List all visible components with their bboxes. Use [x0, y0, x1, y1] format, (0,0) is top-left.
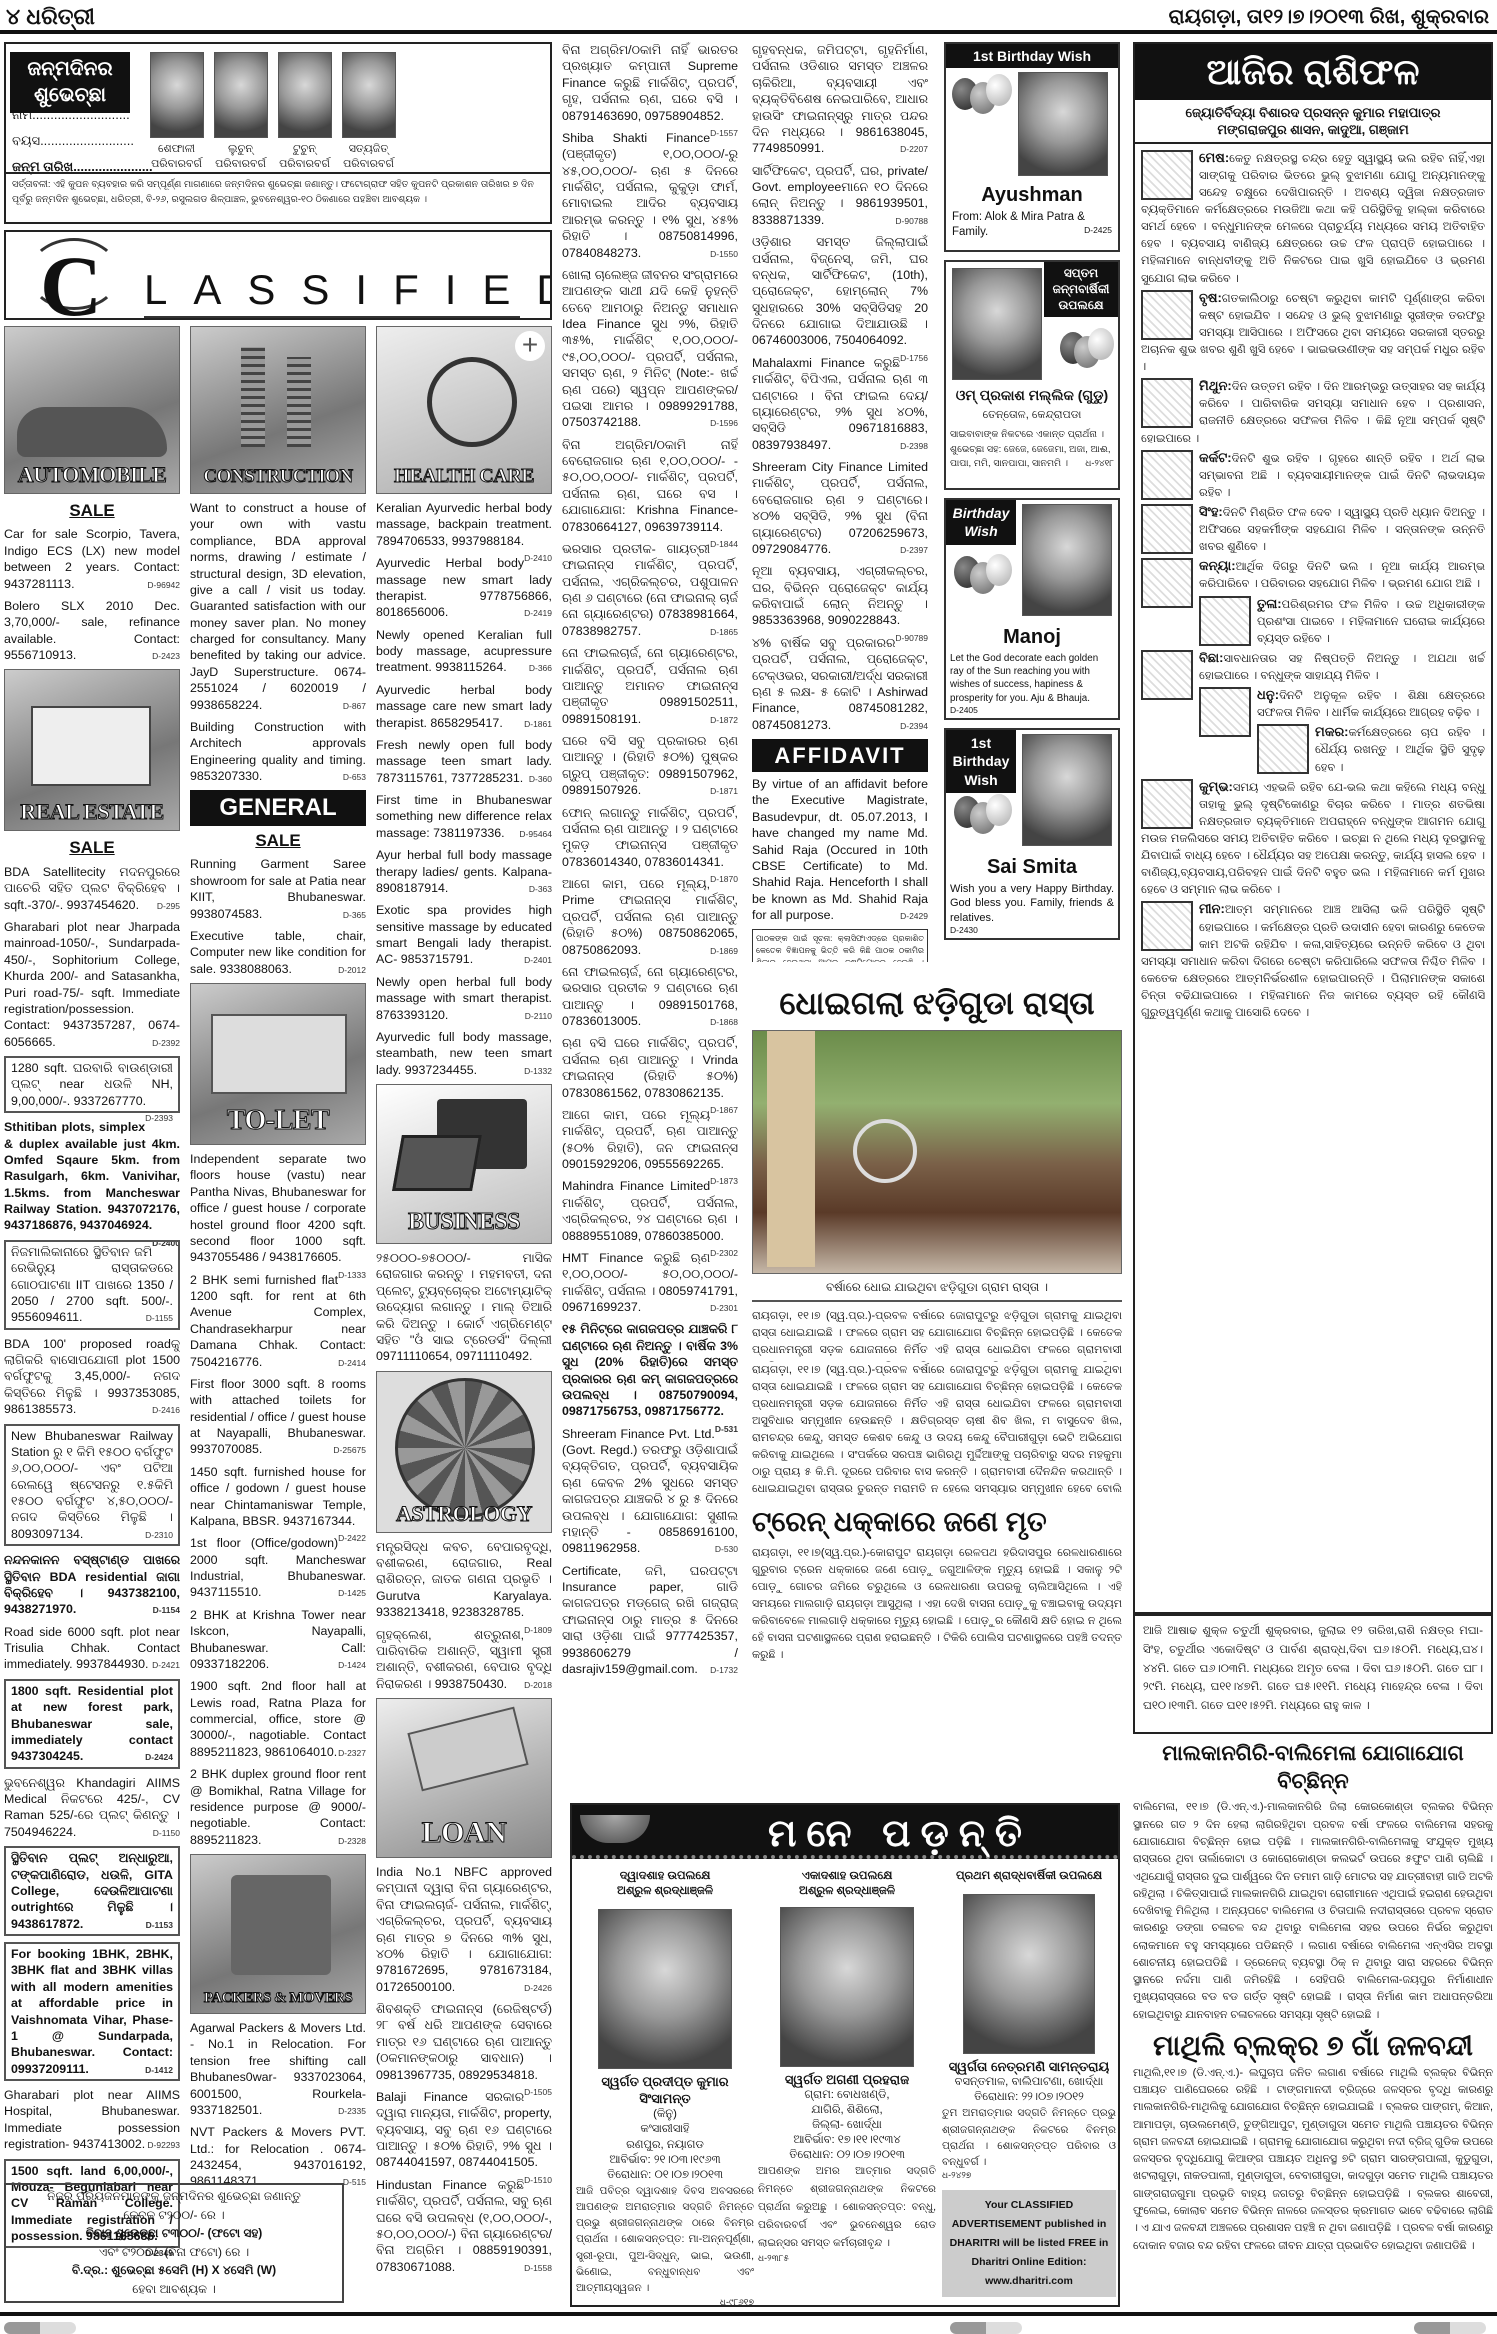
- sign-entry: ମେଷ:କେତୁ ନକ୍ଷତ୍ରସ୍ଥ ଚନ୍ଦ୍ର ହେତୁ ସ୍ୱାସ୍ଥ୍…: [1141, 148, 1485, 288]
- footer-tab-left: [4, 2322, 76, 2334]
- column-4: ବିନା ଅଗ୍ରିମ/ଠକାମି ନାହିଁ ଭାରତର ପ୍ରଖ୍ୟାତ କ…: [562, 42, 738, 1794]
- general-heading: GENERAL: [190, 790, 366, 826]
- aries-icon: [1141, 150, 1193, 200]
- deceased-photo: [598, 1909, 732, 2069]
- birthday-wish-card: 1st Birthday Wish Ayushman From: Alok & …: [944, 42, 1120, 252]
- ad-listing: Ayurvedic full body massage, steambath, …: [376, 1029, 552, 1078]
- child-photo: [952, 268, 1042, 380]
- ad-listing: Balaji Finance ସରକାର ଦ୍ୱାରା ମାନ୍ୟତା, ମାର…: [376, 2089, 552, 2171]
- ad-listing: Road side 6000 sqft. plot near Trisulia …: [4, 1624, 180, 1673]
- online-edition-promo: Your CLASSIFIED ADVERTISEMENT published …: [942, 2190, 1116, 2296]
- story-headline: ଟ୍ରେନ୍ ଧକ୍କାରେ ଜଣେ ମୃତ: [752, 1504, 1122, 1541]
- stethoscope-icon: [427, 357, 517, 447]
- ad-listing: ଖୋଲା ଚାଲେଞ୍ଜ ଜୀବନର ସଂଗ୍ରାମରେ ଆପଣଙ୍କ ସାଥୀ…: [562, 267, 738, 431]
- ad-listing: ବିନା ଅଗ୍ରିମ/ଠକାମି ନାହିଁ ବେରୋଜଗାର ଋଣ ୧,୦୦…: [562, 437, 738, 535]
- ad-listing: ୧୫ ମିନିଟ୍‌ରେ କାଗଜପତ୍ର ଯାଞ୍ଚକରି ୮ ଘଣ୍ଟାରେ…: [562, 1321, 738, 1419]
- child-photo: [1018, 72, 1108, 176]
- wish-name: Ayushman: [946, 182, 1118, 208]
- birthday-wishes-column: 1st Birthday Wish Ayushman From: Alok & …: [944, 42, 1120, 982]
- birthday-wish-card: Birthday Wish Manoj Let the God decorate…: [944, 498, 1120, 720]
- footer-tab-right: [1414, 2322, 1486, 2334]
- laptop-icon: [392, 1135, 482, 1191]
- ad-listing: ଗୃହକ୍ଲେଶ, ଶତ୍ରୁନାଶ, ପାରିବାରିକ ଅଶାନ୍ତି, ସ…: [376, 1627, 552, 1693]
- sagittarius-icon: [1199, 687, 1251, 737]
- ad-listing: Shreeram Finance Pvt. Ltd. (Govt. Regd.)…: [562, 1426, 738, 1557]
- balloon-icon: [986, 554, 1012, 586]
- sign-entry: ସିଂହ:ଦିନଟି ମିଶ୍ରିତ ଫଳ ଦେବ । ସ୍ୱାସ୍ଥ୍ୟ ପ୍…: [1141, 502, 1485, 556]
- leo-icon: [1141, 504, 1193, 554]
- child-photo: [342, 52, 396, 138]
- child-photo: [1022, 734, 1112, 846]
- ad-listing: ସାର୍ଟିଫିକେଟ, ପ୍ରପର୍ଟି, ଘର, private/ Govt…: [752, 163, 928, 229]
- ad-listing: New Bhubaneswar Railway Station ରୁ ୧ କିମ…: [4, 1424, 180, 1547]
- page-label: ୪ ଧରିତ୍ରୀ: [6, 2, 95, 31]
- affidavit-notice: By virtue of an affidavit before the Exe…: [752, 776, 928, 923]
- ad-listing: ଶିବଶକ୍ତି ଫାଇନାନ୍ସ (ରେଜିଷ୍ଟର୍ଡ) ୨୮ ବର୍ଷ ଧ…: [376, 2001, 552, 2083]
- sign-entry: ବୃଷ:ଗତକାଲିଠାରୁ ଚେଷ୍ଟା କରୁଥିବା କାମଟି ପୂର୍…: [1141, 288, 1485, 377]
- obituary-entry: ଦ୍ୱାଦଶାହ ଉପଲକ୍ଷେ ଅଶ୍ରୁଳ ଶ୍ରଦ୍ଧାଞ୍ଜଳି ସ୍ୱ…: [576, 1869, 754, 2308]
- ad-listing: ଭରସାର ପ୍ରତୀକ- ଗାୟତ୍ରୀ ଫାଇନାନ୍ସ ମାର୍କଶିଟ୍…: [562, 541, 738, 639]
- ad-listing: 1st floor (Office/godown) 2000 sqft. Man…: [190, 1535, 366, 1601]
- balloon-icon: [1088, 328, 1114, 360]
- ad-listing: First time in Bhubaneswar something new …: [376, 792, 552, 841]
- car-icon: [17, 407, 167, 457]
- reader-caution-notice: ପାଠକଙ୍କ ପାଇଁ ସୂଚନା: କ୍ଲାସିଫାଏଡ୍‌ରେ ପ୍ରକା…: [752, 929, 928, 962]
- story-caption: ବର୍ଷାରେ ଧୋଇ ଯାଇଥିବା ଝଡ଼ିଗୁଡା ଗ୍ରାମ ରାସ୍ତ…: [752, 1280, 1122, 1302]
- ad-listing: Building Construction with Architech app…: [190, 719, 366, 785]
- sale-heading: SALE: [4, 500, 180, 522]
- ad-listing: Car for sale Scorpio, Tavera, Indigo ECS…: [4, 526, 180, 592]
- news-story-malkangiri: ମାଲକାନଗିରି-ବାଲିମେଳା ଯୋଗାଯୋଗ ବିଚ୍ଛିନ୍ନ ବା…: [1133, 1740, 1493, 2308]
- deceased-photo: [780, 1907, 914, 2067]
- house-icon: [31, 706, 151, 786]
- pisces-icon: [1141, 901, 1193, 951]
- story-body: ରାୟଗଡ଼ା, ୧୧।୭(ସ୍ୱ.ପ୍ର.)-କୋରାପୁଟ ରାୟଗଡ଼ା …: [752, 1545, 1122, 1664]
- ad-listing: Mahindra Finance Limited ମାର୍କଶିଟ୍, ପ୍ରପ…: [562, 1178, 738, 1244]
- column-2: CONSTRUCTION Want to construct a house o…: [190, 326, 366, 2186]
- ad-listing: ସ୍ଥିତିବାନ ପ୍ଲଟ୍ ଅନ୍ଧାରୁଆ, ଟଙ୍କପାଣିରୋଡ, ଧ…: [4, 1846, 180, 1936]
- affidavit-heading: AFFIDAVIT: [752, 739, 928, 772]
- column-5: ଗୃହବନ୍ଧକ, ଜମିପଟ୍ଟା, ଗୃହନିର୍ମାଣ, ପର୍ସନାଲ …: [752, 42, 928, 962]
- sign-entry: କନ୍ୟା:ଆର୍ଥିକ ଦିଗରୁ ଦିନଟି ଭଲ । ନୂଆ କାର୍ଯ୍…: [1141, 556, 1485, 593]
- balloon-icon: [986, 794, 1012, 826]
- ad-listing: ନନ୍ଦନକାନନ ବସ୍‌ଷ୍ଟାଣ୍ଡ ପାଖରେ ସ୍ଥିତିବାନ BD…: [4, 1552, 180, 1618]
- wish-name: ଓମ୍ ପ୍ରକାଶ ମଲ୍ଲିକ (ଗୁଡୁ): [946, 386, 1118, 404]
- horoscope-title: ଆଜିର ରାଶିଫଳ: [1135, 44, 1491, 100]
- ad-listing: Newly open herbal full body massage with…: [376, 974, 552, 1023]
- astrologer-address: ମଙ୍ଗରାଜପୁର ଶାସନ, କାଦୁଆ, ଗଞ୍ଜାମ: [1135, 121, 1491, 138]
- ad-listing: Gharabari plot near AIIMS Hospital, Bhub…: [4, 2087, 180, 2153]
- balloon-icon: [986, 74, 1012, 106]
- ad-listing: 1450 sqft. furnished house for office / …: [190, 1464, 366, 1530]
- sign-entry: କୁମ୍ଭ:ସମୟ ଏହଭଳି ରହିବ ଯେ-ଭଲ କଥା କହିଲେ ମଧ୍…: [1141, 777, 1485, 900]
- obituary-banner: ମନେ ପଡ଼ନ୍ତି: [572, 1805, 1118, 1859]
- sign-entry: ମିଥୁନ:ଦିନ ଉତ୍ତମ ରହିବ । ଦିନ ଆରମ୍ଭରୁ ଉତ୍ସା…: [1141, 376, 1485, 447]
- capricorn-icon: [1257, 724, 1309, 774]
- ad-listing: Sthitiban plots, simplex & duplex availa…: [4, 1119, 180, 1234]
- classified-banner: C LASSIFIED: [4, 230, 552, 320]
- coupon-title: ଜନ୍ମଦିନର ଶୁଭେଚ୍ଛା: [10, 52, 130, 113]
- panjika-box: ଆଜି ଆଷାଢ ଶୁକ୍ଳ ଚତୁର୍ଥୀ ଶୁକ୍ରବାର, ଜୁଲାଇ ୧…: [1133, 1614, 1493, 1734]
- ad-listing: ଓଡ଼ିଶାର ସମସ୍ତ ଜିଲ୍ଲାପାଇଁ ପର୍ସନାଲ, ବିଜ୍‌ନ…: [752, 234, 928, 349]
- sale-heading: SALE: [4, 837, 180, 859]
- ad-listing: ଗୃହବନ୍ଧକ, ଜମିପଟ୍ଟା, ଗୃହନିର୍ମାଣ, ପର୍ସନାଲ …: [752, 42, 928, 157]
- news-story-road: ଧୋଇଗଲା ଝଡ଼ିଗୁଡା ରାସ୍ତା ବର୍ଷାରେ ଧୋଇ ଯାଇଥି…: [752, 982, 1122, 1362]
- sign-entry: ମକର:କର୍ମକ୍ଷେତ୍ରରେ ଚାପ ରହିବ । ଧୈର୍ଯ୍ୟ ରଖନ…: [1141, 722, 1485, 776]
- plus-icon: +: [515, 331, 545, 361]
- dateline: ରାୟଗଡ଼ା, ତା୧୨।୭।୨୦୧୩ ରିଖ, ଶୁକ୍ରବାର: [1169, 4, 1489, 30]
- wish-pricing-notice: ନିଜର ପ୍ରିୟଜନମାନଙ୍କୁ ଜନ୍ମଦିନର ଶୁଭେଚ୍ଛା ଜଣ…: [4, 2183, 344, 2303]
- category-astrology[interactable]: ASTROLOGY: [376, 1371, 552, 1533]
- ad-listing: ୪% ବାର୍ଷିକ ସବୁ ପ୍ରକାରର ପ୍ରପର୍ଟି, ପର୍ସନାଲ…: [752, 635, 928, 733]
- birthday-wish-card: ସପ୍ତମ ଜନ୍ମବାର୍ଷିକୀ ଉପଲକ୍ଷେ ଓମ୍ ପ୍ରକାଶ ମଲ…: [944, 260, 1120, 490]
- ad-listing: Exotic spa provides high sensitive massa…: [376, 902, 552, 968]
- wish-name: Sai Smita: [946, 854, 1118, 880]
- wish-message: Let the God decorate each golden ray of …: [950, 652, 1114, 716]
- footer-tab-center: [950, 2322, 1022, 2334]
- scorpio-icon: [1141, 650, 1193, 700]
- ad-listing: ଆଗେ କାମ, ପରେ ମୂଲ୍ୟ, Prime ଫାଇନାନ୍ସ ମାର୍କ…: [562, 876, 738, 958]
- ad-listing: Shiba Shakti Finance (ପଞ୍ଜୀକୃତ) ୧,୦୦,୦୦୦…: [562, 130, 738, 261]
- ad-listing: India No.1 NBFC approved କମ୍ପାନୀ ଦ୍ୱାରା …: [376, 1864, 552, 1995]
- ad-listing: ଋଣ ବସି ଘରେ ମାର୍କଶିଟ୍, ପ୍ରପର୍ଟି, ପର୍ସନାଲ …: [562, 1035, 738, 1101]
- wish-name: Manoj: [946, 624, 1118, 650]
- wish-message: Wish you a very Happy Birthday. God bles…: [950, 882, 1114, 936]
- category-packers-movers[interactable]: PACKERS & MOVERS: [190, 1854, 366, 2014]
- coupon-field-name[interactable]: ନାମ...........................: [12, 106, 130, 123]
- masthead-rule: [0, 30, 1497, 34]
- category-loan[interactable]: LOAN: [376, 1698, 552, 1858]
- ad-listing: 1280 sqft. ଘରବାରି ବାଉଣ୍ଡାରୀ ପ୍ଲଟ୍ near ଧ…: [4, 1056, 180, 1113]
- ad-listing: 1800 sqft. Residential plot at new fores…: [4, 1679, 180, 1769]
- news-story-train: ରାୟଗଡ଼ା, ୧୧।୭ (ସ୍ୱ.ପ୍ର.)-ପ୍ରବଳ ବର୍ଷାରେ ଜ…: [752, 1362, 1122, 1796]
- person-figure: [767, 1031, 815, 1267]
- wish-place: ତେନ୍ତୋଳ, କେନ୍ଦ୍ରାପଡା: [946, 408, 1118, 423]
- zodiac-wheel-icon: [395, 1378, 535, 1518]
- ad-listing: Gharabari plot near Jharpada mainroad-10…: [4, 919, 180, 1050]
- person-photo: [1022, 504, 1112, 616]
- category-to-let[interactable]: TO-LET: [190, 983, 366, 1145]
- ad-listing: ଘରେ ବସି ସବୁ ପ୍ରକାରର ଋଣ ପାଆନ୍ତୁ । (ରିହାତି…: [562, 733, 738, 799]
- ad-listing: ବିନା ଅଗ୍ରିମ/ଠକାମି ନାହିଁ ଭାରତର ପ୍ରଖ୍ୟାତ କ…: [562, 42, 738, 124]
- lamp-icon: [580, 1815, 650, 1843]
- category-business[interactable]: BUSINESS: [376, 1084, 552, 1244]
- building-icon: [241, 347, 265, 447]
- gemini-icon: [1141, 378, 1193, 428]
- ad-listing: 1900 sqft. 2nd floor hall at Lewis road,…: [190, 1678, 366, 1760]
- category-automobile[interactable]: AUTOMOBILE: [4, 326, 180, 494]
- story-body: ରାୟଗଡ଼ା, ୧୧।୭ (ସ୍ୱ.ପ୍ର.)-ପ୍ରବଳ ବର୍ଷାରେ ଜ…: [752, 1308, 1122, 1362]
- ad-listing: ଫୋନ୍ ଲଗାନ୍ତୁ ମାର୍କଶିଟ୍, ପ୍ରପର୍ଟି, ପର୍ସନା…: [562, 805, 738, 871]
- ad-listing: HMT Finance କରୁଛି ଋଣ ୧,୦୦,୦୦୦/- ୫୦,୦୦,୦୦…: [562, 1250, 738, 1316]
- ad-listing: Ayurvedic herbal body massage care new s…: [376, 682, 552, 731]
- ad-listing: Certificate, ଜମି, ଘରପଟ୍ଟା Insurance pape…: [562, 1563, 738, 1678]
- classified-word: LASSIFIED: [144, 262, 552, 317]
- story-body-continued: ରାୟଗଡ଼ା, ୧୧।୭ (ସ୍ୱ.ପ୍ର.)-ପ୍ରବଳ ବର୍ଷାରେ ଜ…: [752, 1362, 1122, 1498]
- obituary-entry: ଏକାଦଶାହ ଉପଲକ୍ଷେ ଅଶ୍ରୁଳ ଶ୍ରଦ୍ଧାଞ୍ଜଳି ସ୍ୱର…: [758, 1869, 936, 2265]
- ad-listing: Bolero SLX 2010 Dec. 3,70,000/- sale, re…: [4, 598, 180, 664]
- child-photo: [214, 52, 268, 138]
- ad-listing: Shreeram City Finance Limited ମାର୍କଶିଟ୍,…: [752, 459, 928, 557]
- money-icon: [407, 1707, 528, 1792]
- virgo-icon: [1141, 558, 1193, 608]
- category-real-estate[interactable]: REAL ESTATE: [4, 669, 180, 831]
- ad-listing: Ayurvedic Herbal body massage new smart …: [376, 555, 552, 621]
- child-photo: [278, 52, 332, 138]
- ad-listing: Newly opened Keralian full body massage,…: [376, 627, 552, 676]
- ad-listing: Independent separate two floors house (v…: [190, 1151, 366, 1266]
- obituary-entry: ପ୍ରଥମ ଶ୍ରାଦ୍ଧବାର୍ଷିକୀ ଉପଲକ୍ଷେ ସ୍ୱର୍ଗତା ନ…: [942, 1869, 1116, 2297]
- ad-listing: BDA Satellitecity ମଦନପୁରରେ ପାଚେରି ସହିତ ପ…: [4, 864, 180, 913]
- ad-listing: First floor 3000 sqft. 8 rooms with atta…: [190, 1376, 366, 1458]
- ad-listing: Keralian Ayurvedic herbal body massage, …: [376, 500, 552, 549]
- birthday-wish-card: 1st Birthday Wish Sai Smita Wish you a v…: [944, 728, 1120, 940]
- story-headline: ମାଲକାନଗିରି-ବାଲିମେଳା ଯୋଗାଯୋଗ ବିଚ୍ଛିନ୍ନ: [1133, 1740, 1493, 1795]
- column-1: AUTOMOBILE SALE Car for sale Scorpio, Ta…: [4, 326, 180, 2306]
- wish-message: From: Alok & Mira Patra & Family. D-2425: [952, 210, 1112, 240]
- ad-listing: Fresh newly open full body massage teen …: [376, 737, 552, 786]
- sign-entry: କର୍କଟ:ଦିନଟି ଶୁଭ ରହିବ । ଗୃହରେ ଶାନ୍ତି ରହିବ…: [1141, 448, 1485, 502]
- story-headline: ଧୋଇଗଲା ଝଡ଼ିଗୁଡା ରାସ୍ତା: [752, 982, 1122, 1024]
- ad-listing: BDA 100' proposed roadକୁ ଲାଗିକରି ବାସୋପଯୋ…: [4, 1336, 180, 1418]
- obituaries-section: ମନେ ପଡ଼ନ୍ତି ଦ୍ୱାଦଶାହ ଉପଲକ୍ଷେ ଅଶ୍ରୁଳ ଶ୍ରଦ…: [570, 1803, 1120, 2307]
- ad-listing: Agarwal Packers & Movers Ltd. - No.1 in …: [190, 2020, 366, 2118]
- astrologer-name: ଜ୍ୟୋତିର୍ବିଦ୍ୟା ବିଶାରଦ ପ୍ରସନ୍ନ କୁମାର ମହାପ…: [1135, 104, 1491, 121]
- coupon-terms: ସର୍ତ୍ତାବଳୀ: ଏହି କୁପନ ବ୍ୟବହାର କରି ସମ୍ପୂର୍…: [6, 172, 550, 211]
- ad-listing: ନିଜମାଲିକାନାରେ ସ୍ଥିତିବାନ ଜମି ରେଭିନ୍ୟୁ ରାସ…: [4, 1240, 180, 1330]
- classified-big-letter: C: [40, 230, 102, 320]
- ad-listing: 2 BHK semi furnished flat 1200 sqft. for…: [190, 1272, 366, 1370]
- ad-listing: 2 BHK at Krishna Tower near Iskcon, Naya…: [190, 1607, 366, 1673]
- ad-listing: ୨୫୦୦୦-୭୫୦୦୦/- ମାସିକ ରୋଜଗାର କରନ୍ତୁ । ମହମବ…: [376, 1250, 552, 1365]
- horoscope-section: ଆଜିର ରାଶିଫଳ ଜ୍ୟୋତିର୍ବିଦ୍ୟା ବିଶାରଦ ପ୍ରସନ୍…: [1133, 42, 1493, 1614]
- ad-listing: ନୋ ଫାଇଲଚାର୍ଜ, ନୋ ଗ୍ୟାରେଣ୍ଟର, ଭରସାର ପ୍ରତୀ…: [562, 964, 738, 1030]
- libra-icon: [1199, 596, 1251, 646]
- child-photo: [150, 52, 204, 138]
- ad-listing: ନୂଆ ବ୍ୟବସାୟ, ଏଗ୍ରୀକଲ୍ଚର, ଘର, ବିଭିନ୍ନ ପ୍ର…: [752, 563, 928, 629]
- taurus-icon: [1141, 290, 1193, 340]
- ad-listing: NVT Packers & Movers PVT. Ltd.: for Relo…: [190, 2124, 366, 2186]
- sign-entry: ମୀନ:ଆତ୍ମ ସମ୍ମାନରେ ଆଞ୍ଚ ଆସିଲା ଭଳି ପରିସ୍ଥି…: [1141, 899, 1485, 1022]
- bicycle-icon: [853, 1119, 917, 1183]
- wish-message: ସାଇବାବାଙ୍କ ନିକଟରେ ଏକାନ୍ତ ପ୍ରାର୍ଥନା । ଶୁଭ…: [950, 428, 1114, 472]
- building-icon: [287, 357, 311, 447]
- story-body: ବାଲିମେଳା, ୧୧।୭ (ଡି.ଏନ୍.ଏ.)-ମାଲକାନଗିରି ଜି…: [1133, 1799, 1493, 2023]
- coupon-child: ସତ୍ୟଜିତ୍ ପରିବାରବର୍ଗ: [326, 52, 411, 171]
- ad-listing: ମନ୍ତ୍ରସିଦ୍ଧ କବଚ, ବେପାରବୃଦ୍ଧି, ବଶୀକରଣ, ରୋ…: [376, 1539, 552, 1621]
- footer-rule: [0, 2312, 1497, 2316]
- ad-listing: ଭୁବନେଶ୍ୱର Khandagiri AIIMS Medical ନିକଟର…: [4, 1775, 180, 1841]
- category-health-care[interactable]: + HEALTH CARE: [376, 326, 552, 494]
- ad-listing: Hindustan Finance କରୁଛି ମାର୍କଶିଟ୍, ପ୍ରପର…: [376, 2177, 552, 2275]
- ad-listing: Mahalaxmi Finance କରୁଛି ମାର୍କଶିଟ୍, ବିପିଏ…: [752, 355, 928, 453]
- house-icon: [211, 1014, 347, 1094]
- aquarius-icon: [1141, 779, 1193, 829]
- sale-heading: SALE: [190, 830, 366, 852]
- deceased-photo: [963, 1894, 1095, 2054]
- story-headline: ମାଥିଲି ବ୍ଲକ୍‌ର ୭ ଗାଁ ଜଳବନ୍ଦୀ: [1133, 2028, 1493, 2065]
- ad-listing: Running Garment Saree showroom for sale …: [190, 856, 366, 922]
- column-3: + HEALTH CARE Keralian Ayurvedic herbal …: [376, 326, 552, 2306]
- sign-entry: ବିଛା:ସାବଧାନତାର ସହ ନିଷ୍ପତ୍ତି ନିଅନ୍ତୁ । ଅଯ…: [1141, 648, 1485, 685]
- category-construction[interactable]: CONSTRUCTION: [190, 326, 366, 494]
- ad-listing: For booking 1BHK, 2BHK, 3BHK flat and 3B…: [4, 1942, 180, 2081]
- ad-listing: ଆଗେ କାମ, ପରେ ମୂଲ୍ୟ ମାର୍କଶିଟ୍, ପ୍ରପର୍ଟି, …: [562, 1107, 738, 1173]
- ad-listing: 2 BHK duplex ground floor rent @ Bomikha…: [190, 1766, 366, 1848]
- ad-listing: ନୋ ଫାଇଲଚାର୍ଜ, ନୋ ଗ୍ୟାରେଣ୍ଟର, ମାର୍କଶିଟ୍, …: [562, 645, 738, 727]
- cancer-icon: [1141, 450, 1193, 500]
- birthday-coupon: ଜନ୍ମଦିନର ଶୁଭେଚ୍ଛା ନାମ...................…: [4, 42, 552, 224]
- truck-icon: [231, 1875, 331, 1975]
- ad-listing: Executive table, chair, Computer new lik…: [190, 928, 366, 977]
- story-body: ମାଥିଲି,୧୧।୭ (ଡି.ଏନ୍.ଏ.)- ଲଘୁଚାପ ଜନିତ ଲଗା…: [1133, 2065, 1493, 2255]
- story-photo: [752, 1030, 1122, 1274]
- coupon-field-age[interactable]: ବୟସ..........................: [12, 132, 134, 149]
- ad-listing: Want to construct a house of your own wi…: [190, 500, 366, 713]
- ad-listing: Ayur herbal full body massage therapy la…: [376, 847, 552, 896]
